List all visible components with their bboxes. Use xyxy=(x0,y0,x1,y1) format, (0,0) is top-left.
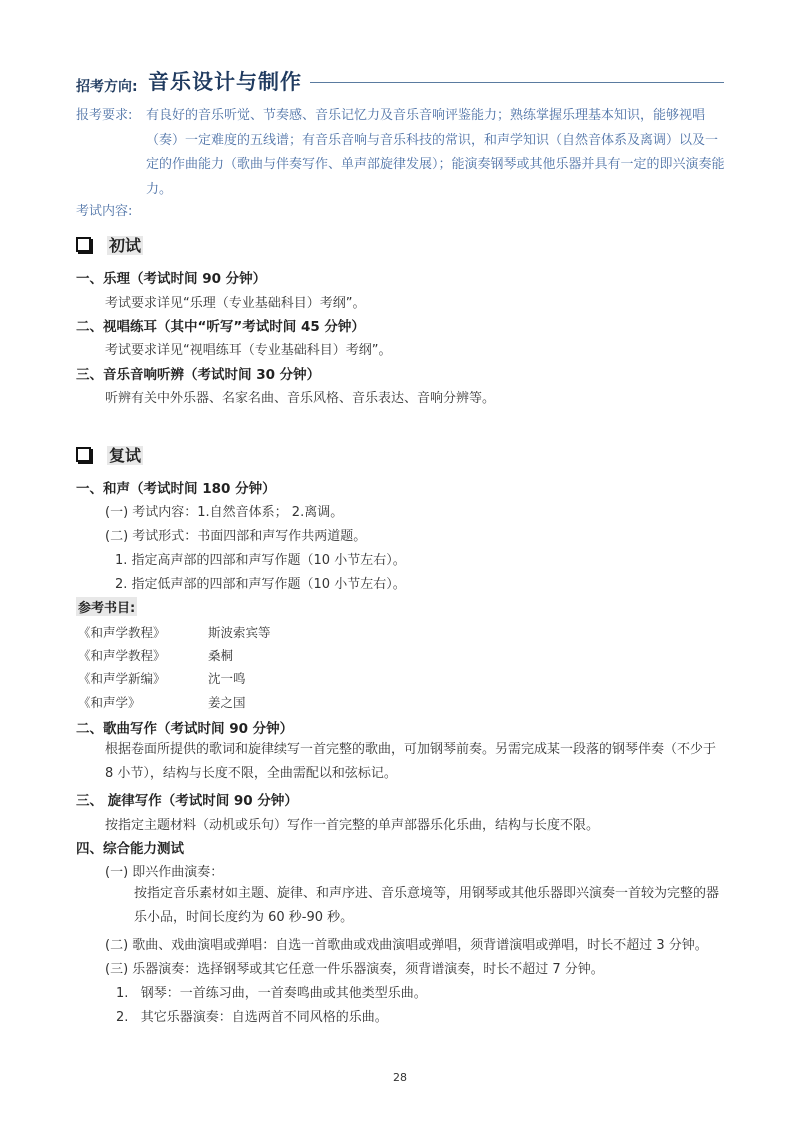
item-title: 三、 旋律写作（考试时间 90 分钟） xyxy=(76,789,298,809)
item-title: 二、视唱练耳（其中“听写”考试时间 45 分钟） xyxy=(76,315,365,335)
harmony-line: 2. 指定低声部的四部和声写作题（10 小节左右）。 xyxy=(115,573,406,592)
document-page: 招考方向: 音乐设计与制作 报考要求: 有良好的音乐听觉、节奏感、音乐记忆力及音… xyxy=(0,0,800,1131)
item-title: 一、乐理（考试时间 90 分钟） xyxy=(76,267,266,287)
section-retest: 复试 xyxy=(76,443,143,466)
requirements-block: 报考要求: 有良好的音乐听觉、节奏感、音乐记忆力及音乐音响评鉴能力；熟练掌握乐理… xyxy=(76,104,726,202)
reference-author: 沈一鸣 xyxy=(208,671,246,686)
reference-book: 《和声学》 xyxy=(78,693,208,711)
item-title: 二、歌曲写作（考试时间 90 分钟） xyxy=(76,717,293,737)
comprehensive-sub3-item: 1. 钢琴：一首练习曲，一首奏鸣曲或其他类型乐曲。 xyxy=(116,982,427,1001)
comprehensive-sub3-item: 2. 其它乐器演奏：自选两首不同风格的乐曲。 xyxy=(116,1006,388,1025)
section-preliminary: 初试 xyxy=(76,233,143,256)
comprehensive-sub1-label: (一) 即兴作曲演奏： xyxy=(105,861,223,880)
direction-title: 音乐设计与制作 xyxy=(148,66,302,96)
harmony-line: (二) 考试形式：书面四部和声写作共两道题。 xyxy=(105,525,366,544)
reference-row: 《和声学教程》斯波索宾等 xyxy=(78,623,271,641)
section-title: 初试 xyxy=(107,236,143,255)
direction-label: 招考方向: xyxy=(76,76,138,96)
reference-row: 《和声学》姜之国 xyxy=(78,693,246,711)
song-writing-body: 根据卷面所提供的歌词和旋律续写一首完整的歌曲，可加钢琴前奏。另需完成某一段落的钢… xyxy=(76,738,726,786)
item-title: 三、音乐音响听辨（考试时间 30 分钟） xyxy=(76,363,320,383)
direction-header: 招考方向: 音乐设计与制作 xyxy=(76,66,724,98)
reference-book: 《和声学新编》 xyxy=(78,669,208,687)
item-body: 听辨有关中外乐器、名家名曲、音乐风格、音乐表达、音响分辨等。 xyxy=(105,387,495,406)
requirements-text: 有良好的音乐听觉、节奏感、音乐记忆力及音乐音响评鉴能力；熟练掌握乐理基本知识，能… xyxy=(146,104,726,202)
checkbox-square-icon xyxy=(76,447,91,462)
section-title: 复试 xyxy=(107,446,143,465)
harmony-line: 1. 指定高声部的四部和声写作题（10 小节左右）。 xyxy=(115,549,406,568)
item-title: 一、和声（考试时间 180 分钟） xyxy=(76,477,276,497)
exam-content-label: 考试内容: xyxy=(76,200,132,219)
item-body: 考试要求详见“视唱练耳（专业基础科目）考纲”。 xyxy=(105,339,391,358)
melody-writing-body: 按指定主题材料（动机或乐句）写作一首完整的单声部器乐化乐曲，结构与长度不限。 xyxy=(105,814,599,833)
comprehensive-sub1-body: 按指定音乐素材如主题、旋律、和声序进、音乐意境等，用钢琴或其他乐器即兴演奏一首较… xyxy=(105,882,727,930)
reference-row: 《和声学新编》沈一鸣 xyxy=(78,669,246,687)
reference-row: 《和声学教程》桑桐 xyxy=(78,646,233,664)
references-label: 参考书目: xyxy=(76,597,137,616)
item-title: 四、综合能力测试 xyxy=(76,837,184,857)
checkbox-square-icon xyxy=(76,237,91,252)
reference-book: 《和声学教程》 xyxy=(78,623,208,641)
header-rule xyxy=(310,82,724,83)
page-number: 28 xyxy=(0,1071,800,1084)
reference-author: 斯波索宾等 xyxy=(208,625,271,640)
reference-book: 《和声学教程》 xyxy=(78,646,208,664)
comprehensive-sub3: (三) 乐器演奏：选择钢琴或其它任意一件乐器演奏，须背谱演奏，时长不超过 7 分… xyxy=(105,958,604,977)
item-body: 考试要求详见“乐理（专业基础科目）考纲”。 xyxy=(105,292,365,311)
reference-author: 姜之国 xyxy=(208,695,246,710)
comprehensive-sub2: (二) 歌曲、戏曲演唱或弹唱：自选一首歌曲或戏曲演唱或弹唱，须背谱演唱或弹唱，时… xyxy=(105,934,708,953)
harmony-line: (一) 考试内容：1.自然音体系； 2.离调。 xyxy=(105,501,343,520)
reference-author: 桑桐 xyxy=(208,648,233,663)
requirements-label: 报考要求: xyxy=(76,104,132,129)
